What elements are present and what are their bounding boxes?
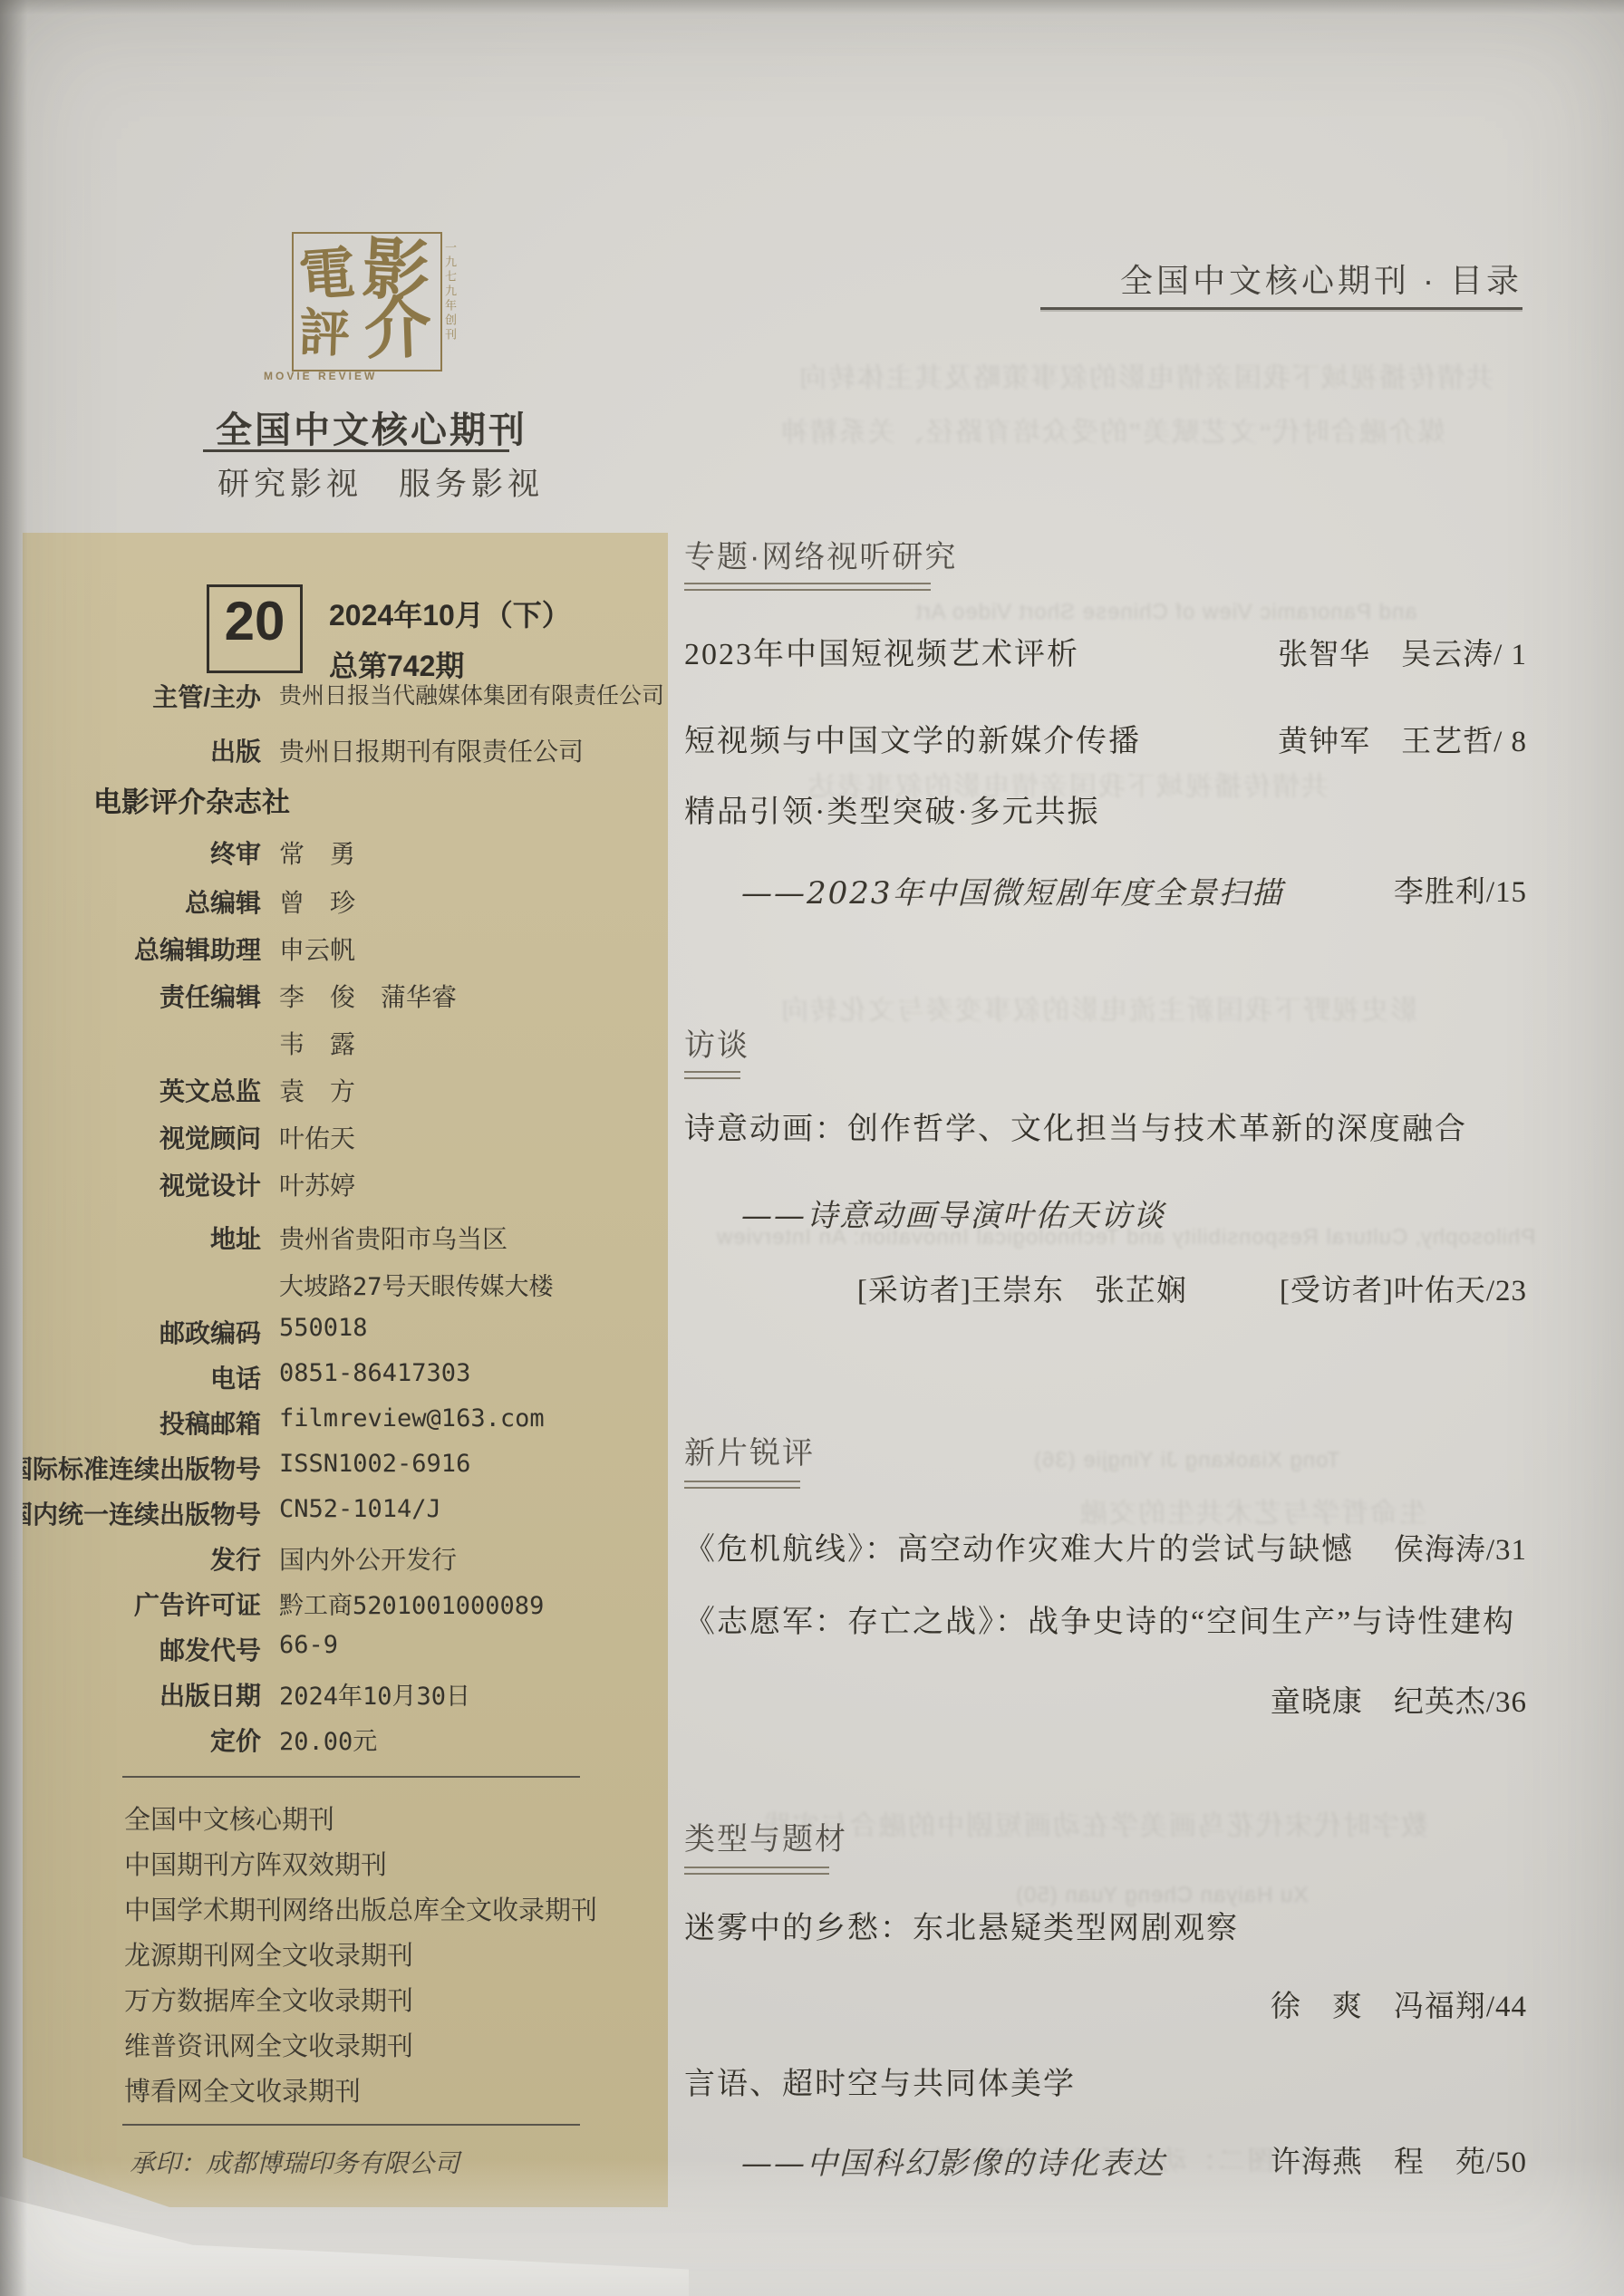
photo-top-edge-shadow: [0, 0, 1624, 14]
field-value: 叶苏婷: [279, 1166, 355, 1202]
field-value: 叶佑天: [279, 1119, 355, 1155]
field-label: 总编辑: [185, 883, 261, 920]
toc-entry-authors: 徐 爽 冯福翔/44: [1271, 1982, 1527, 2025]
toc-entry-title: 《志愿军：存亡之战》：战争史诗的“空间生产”与诗性建构: [684, 1597, 1515, 1641]
issue-number-box: 20: [207, 584, 303, 673]
toc-section-rule: [684, 1867, 829, 1875]
certification-item: 维普资讯网全文收录期刊: [124, 2026, 413, 2063]
editorial-office-title: 电影评介杂志社: [93, 779, 290, 820]
field-value: CN52-1014/J: [279, 1495, 441, 1523]
toc-entry-authors: 童晓康 纪英杰/36: [1271, 1678, 1527, 1721]
field-value: 550018: [279, 1314, 368, 1342]
certification-item: 中国期刊方阵双效期刊: [124, 1845, 387, 1882]
toc-entry-title: 言语、超时空与共同体美学: [684, 2059, 1076, 2103]
toc-section-rule: [684, 1071, 740, 1079]
issue-number: 20: [209, 594, 300, 649]
toc-section-title: 新片锐评: [684, 1428, 815, 1472]
core-journal-banner: 全国中文核心期刊: [216, 401, 527, 453]
certification-item: 全国中文核心期刊: [124, 1799, 334, 1837]
field-label: 投稿邮箱: [159, 1404, 261, 1441]
toc-section-title: 访谈: [684, 1020, 749, 1065]
field-value: 申云帆: [279, 931, 355, 967]
panel-divider: [122, 1776, 580, 1778]
journal-logo-char: 電: [297, 245, 357, 304]
magazine-toc-page: 共情传播视域下我国亲情电影的叙事策略及其主体转向 媒介融合时代“文艺赋美”的受众…: [0, 0, 1624, 2296]
field-label: 出版: [210, 732, 261, 768]
field-label: 邮发代号: [159, 1631, 261, 1667]
field-value: 大坡路27号天眼传媒大楼: [279, 1267, 554, 1302]
bottom-light-falloff: [0, 2160, 1624, 2296]
toc-section-rule: [684, 1481, 800, 1489]
field-value: 袁 方: [279, 1072, 355, 1108]
field-value: 2024年10月30日: [279, 1676, 470, 1712]
field-label: 地址: [210, 1220, 261, 1256]
certification-item: 中国学术期刊网络出版总库全文收录期刊: [124, 1890, 597, 1927]
certification-item: 万方数据库全文收录期刊: [124, 1981, 413, 2018]
page-header-title: 全国中文核心期刊 · 目录: [1040, 256, 1522, 302]
toc-entry-title: 诗意动画：创作哲学、文化担当与技术革新的深度融合: [684, 1104, 1467, 1148]
field-value: 韦 露: [279, 1025, 355, 1061]
field-label: 出版日期: [159, 1676, 261, 1712]
field-value: 贵州省贵阳市乌当区: [279, 1220, 507, 1256]
field-label: 终审: [210, 834, 261, 871]
toc-entry-authors: 黄钟军 王艺哲/ 8: [1278, 718, 1527, 760]
toc-entry-title: 短视频与中国文学的新媒介传播: [684, 716, 1141, 760]
field-value: 李 俊 蒲华睿: [279, 978, 457, 1014]
field-label: 邮政编码: [159, 1314, 261, 1350]
field-label: 定价: [210, 1722, 261, 1758]
toc-entry-title: 迷雾中的乡愁：东北悬疑类型网剧观察: [684, 1903, 1239, 1947]
issue-date: 2024年10月（下）: [329, 593, 571, 634]
panel-divider: [122, 2124, 580, 2126]
field-value: 66-9: [279, 1631, 338, 1659]
ghost-text-line: 数字时代宋代花鸟画美学在动画短剧中的融合与实践: [761, 1803, 1428, 1843]
ghost-text-line: Tong Xiaokang Ji Yingjie (36): [1033, 1448, 1340, 1473]
toc-entry-title: 《危机航线》：高空动作灾难大片的尝试与缺憾: [684, 1524, 1354, 1568]
toc-entry-title: 精品引领·类型突破·多元共振: [684, 786, 1100, 831]
field-label: 英文总监: [159, 1072, 261, 1108]
toc-section-rule: [684, 583, 931, 591]
toc-entry-authors: 侯海涛/31: [1394, 1526, 1527, 1568]
field-label: 主管/主办: [152, 678, 261, 714]
photo-left-edge-shadow: [0, 0, 27, 2296]
journal-motto: 研究影视 服务影视: [217, 459, 544, 505]
ghost-text-line: 媒介融合时代“文艺赋美”的受众培育路径、关系精神: [779, 410, 1445, 449]
toc-section-title: 类型与题材: [684, 1814, 847, 1858]
banner-divider: [203, 449, 509, 452]
field-label: 国际标准连续出版物号: [7, 1450, 261, 1486]
field-value: ISSN1002-6916: [279, 1450, 470, 1478]
certification-item: 龙源期刊网全文收录期刊: [124, 1935, 413, 1973]
field-value: filmreview@163.com: [279, 1404, 545, 1433]
field-value: 常 勇: [279, 834, 355, 871]
toc-entry-subtitle: ——诗意动画导演叶佑天访谈: [741, 1191, 1165, 1235]
field-value: 贵州日报当代融媒体集团有限责任公司: [279, 678, 664, 710]
ghost-text-line: 影史视野下我国新主流电影的叙事变奏与文化转向: [779, 988, 1417, 1027]
toc-entry-authors: [采访者]王崇东 张芷娴 [受访者]叶佑天/23: [857, 1267, 1527, 1309]
field-value: 国内外公开发行: [279, 1540, 457, 1577]
toc-entry-authors: 张智华 吴云涛/ 1: [1278, 631, 1527, 673]
field-label: 总编辑助理: [134, 931, 261, 967]
field-label: 发行: [210, 1540, 261, 1577]
field-label: 视觉顾问: [159, 1119, 261, 1155]
toc-entry-title: 2023年中国短视频艺术评析: [684, 629, 1079, 673]
field-value: 曾 珍: [279, 883, 355, 920]
journal-logo-char: 介: [363, 294, 433, 364]
field-label: 广告许可证: [134, 1586, 261, 1622]
certification-item: 博看网全文收录期刊: [124, 2071, 361, 2108]
field-label: 视觉设计: [159, 1166, 261, 1202]
toc-section-title: 专题·网络视听研究: [684, 532, 957, 576]
field-label: 电话: [210, 1359, 261, 1395]
toc-entry-authors: 李胜利/15: [1394, 868, 1527, 911]
field-label: 国内统一连续出版物号: [7, 1495, 261, 1531]
field-label: 责任编辑: [159, 978, 261, 1014]
page-header-rule: [1040, 307, 1522, 310]
logo-english-subtitle: MOVIE REVIEW: [264, 370, 377, 382]
field-value: 黔工商5201001000089: [279, 1586, 544, 1621]
logo-founded-text: 一九七九年创刊: [441, 241, 459, 342]
field-value: 20.00元: [279, 1722, 377, 1757]
journal-logo-char: 評: [298, 307, 351, 360]
field-value: 贵州日报期刊有限责任公司: [279, 732, 584, 768]
publication-info-panel: 20 2024年10月（下） 总第742期 主管/主办 贵州日报当代融媒体集团有…: [23, 533, 668, 2207]
ghost-text-line: 共情传播视域下我国亲情电影的叙事策略及其主体转向: [797, 355, 1493, 395]
toc-entry-subtitle: ——2023年中国微短剧年度全景扫描: [741, 868, 1284, 912]
ghost-text-line: and Panoramic View of Chinese Short Vide…: [915, 600, 1417, 625]
field-value: 0851-86417303: [279, 1359, 470, 1387]
